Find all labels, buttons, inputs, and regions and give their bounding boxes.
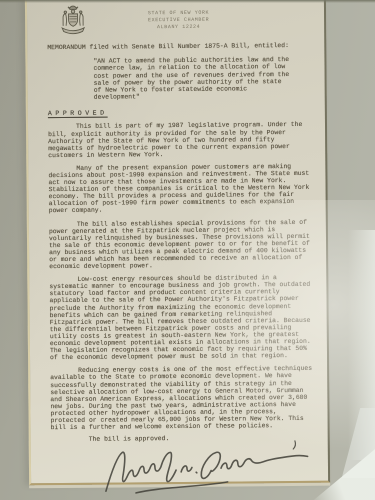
new-york-state-seal-icon [53,3,93,37]
memo-paragraph-2: Many of the present expansion power cust… [48,163,311,215]
act-title-quote: "AN ACT to amend the public authorities … [93,56,291,101]
decision-heading: APPROVED [48,108,311,117]
memo-paragraph-3: The bill also establishes special provis… [49,218,312,270]
memo-paper: State of New York Executive Chamber Alba… [25,0,330,485]
glass-glare-edge [348,230,375,460]
memo-paragraph-5: Reducing energy costs is one of the most… [50,365,314,431]
memo-filing-line: MEMORANDUM filed with Senate Bill Number… [47,42,310,51]
memo-paragraph-1: This bill is part of my 1987 legislative… [48,121,311,159]
framed-memo-photo: State of New York Executive Chamber Alba… [0,0,375,500]
memo-paragraph-4: Low-cost energy resources should be dist… [49,274,313,361]
glass-glare-reflection-small [338,408,375,478]
frame-top-edge [0,0,375,3]
governor-handwritten-signature-icon [98,438,318,497]
